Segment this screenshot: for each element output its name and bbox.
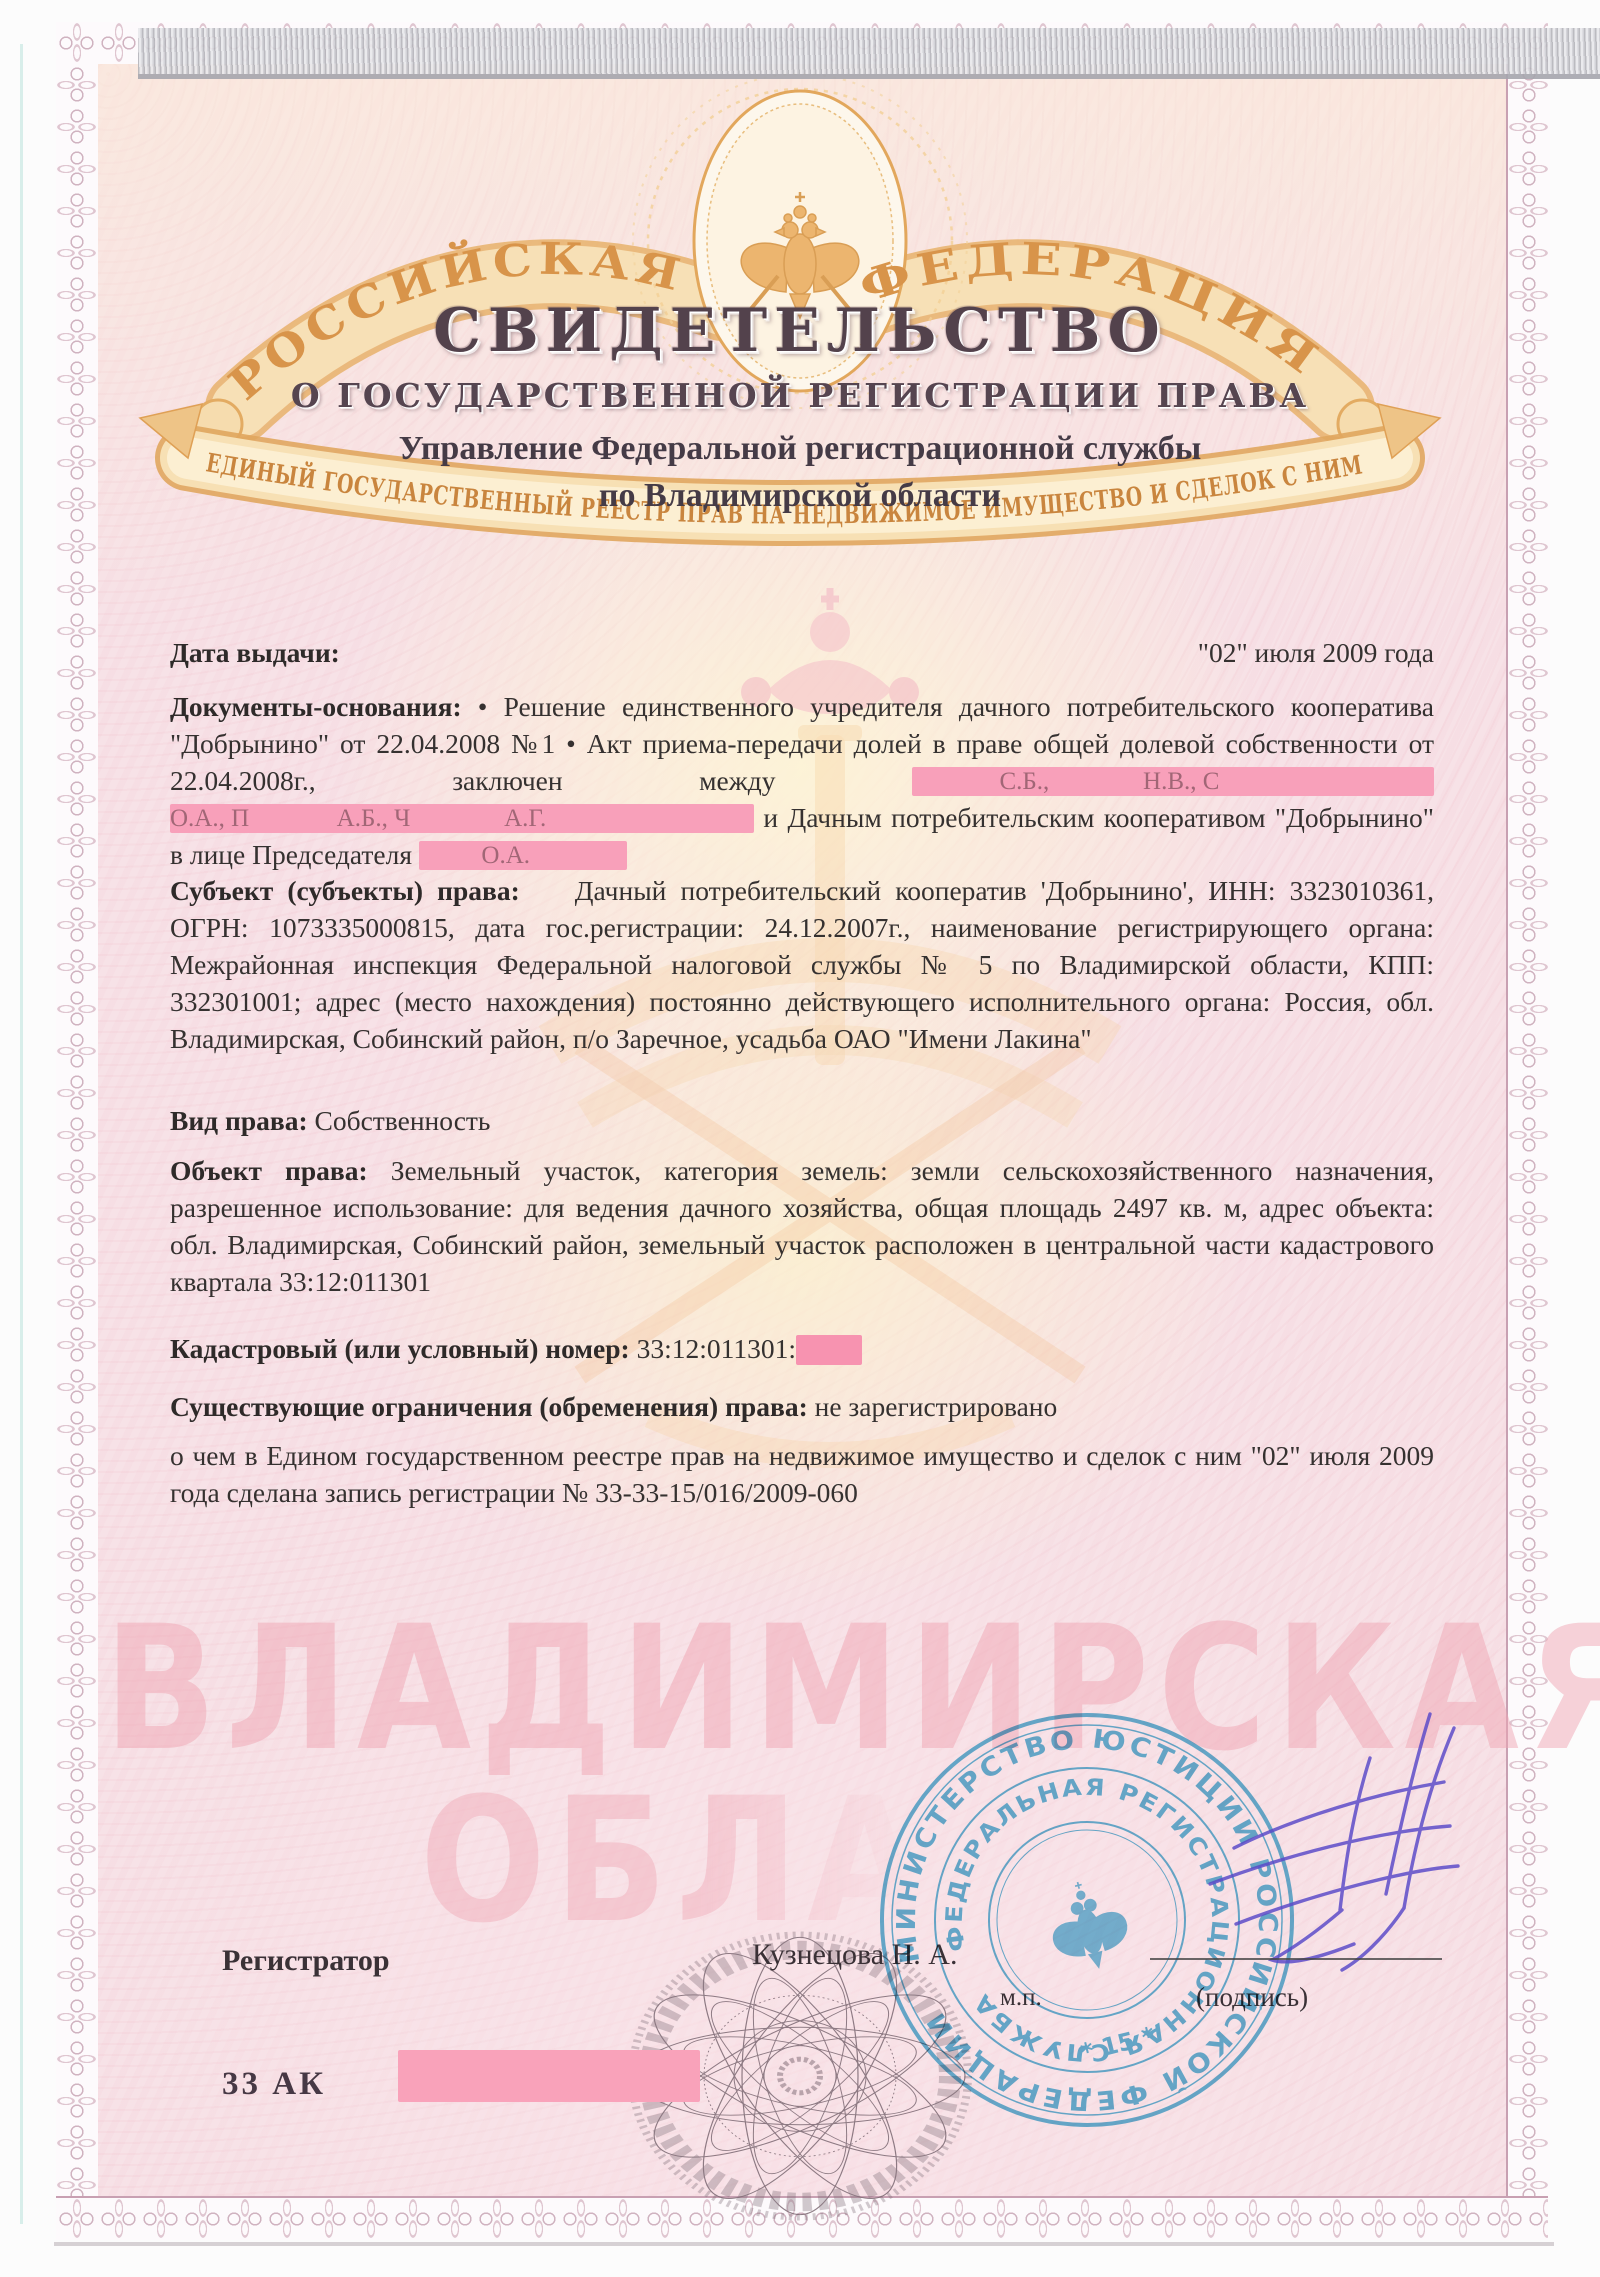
right-type-value: Собственность bbox=[315, 1105, 491, 1136]
scan-edge-band bbox=[138, 28, 1600, 79]
restrictions-value: не зарегистрировано bbox=[815, 1391, 1058, 1422]
issue-date-value: "02" июля 2009 года bbox=[1198, 634, 1434, 671]
issue-date-row: Дата выдачи: "02" июля 2009 года bbox=[170, 634, 1434, 671]
signature-line bbox=[1150, 1958, 1442, 1960]
certificate-page: РОССИЙСКАЯ ФЕДЕРАЦИЯ ЕДИНЫЙ ГОСУДАРСТВЕН… bbox=[0, 0, 1600, 2277]
right-type-row: Вид права: Собственность bbox=[170, 1102, 1434, 1139]
registrar-label: Регистратор bbox=[222, 1944, 390, 1978]
redaction-bar-cadastral bbox=[796, 1335, 862, 1365]
certificate-subtitle: О ГОСУДАРСТВЕННОЙ РЕГИСТРАЦИИ ПРАВА bbox=[0, 376, 1600, 415]
authority-name-line2: по Владимирской области bbox=[0, 477, 1600, 515]
redaction-bar-names-1: С.Б., Н.В., С bbox=[912, 767, 1434, 796]
object-paragraph: Объект права: Земельный участок, категор… bbox=[170, 1152, 1434, 1300]
certificate-title: СВИДЕТЕЛЬСТВО bbox=[0, 296, 1600, 366]
object-label: Объект права: bbox=[170, 1155, 368, 1186]
restrictions-label: Существующие ограничения (обременения) п… bbox=[170, 1391, 808, 1422]
cadastral-number-row: Кадастровый (или условный) номер: 33:12:… bbox=[170, 1330, 1434, 1367]
issue-date-label: Дата выдачи: bbox=[170, 634, 340, 671]
scan-shadow bbox=[54, 2242, 1554, 2246]
subject-paragraph: Субъект (субъекты) права:Дачный потребит… bbox=[170, 872, 1434, 1057]
authority-name-line1: Управление Федеральной регистрационной с… bbox=[0, 430, 1600, 468]
scan-edge-line bbox=[20, 44, 23, 2224]
right-type-label: Вид права: bbox=[170, 1105, 308, 1136]
documents-basis-paragraph: Документы-основания: • Решение единствен… bbox=[170, 688, 1434, 873]
redaction-bar-series bbox=[398, 2050, 700, 2102]
redaction-bar-chairman: О.А. bbox=[419, 841, 627, 870]
blank-series-number: 33 АК bbox=[222, 2066, 326, 2103]
cadastral-label: Кадастровый (или условный) номер: bbox=[170, 1333, 630, 1364]
restrictions-row: Существующие ограничения (обременения) п… bbox=[170, 1388, 1434, 1425]
redaction-bar-names-2: О.А., П А.Б., Ч А.Г. bbox=[170, 804, 754, 833]
cadastral-value: 33:12:011301: bbox=[637, 1333, 796, 1364]
signature-ink bbox=[1118, 1700, 1468, 1985]
subject-label: Субъект (субъекты) права: bbox=[170, 875, 520, 906]
registration-record-paragraph: о чем в Едином государственном реестре п… bbox=[170, 1437, 1434, 1511]
documents-basis-label: Документы-основания: bbox=[170, 691, 462, 722]
